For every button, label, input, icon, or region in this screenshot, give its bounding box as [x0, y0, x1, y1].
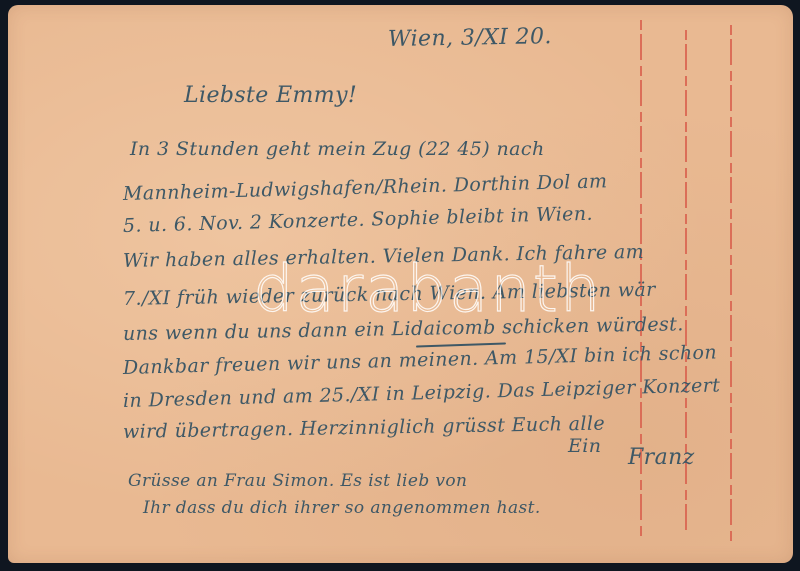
date-line: Wien, 3/XI 20.	[388, 24, 552, 52]
postscript-line: Ihr dass du dich ihrer so angenommen has…	[143, 498, 541, 518]
body-line: In 3 Stunden geht mein Zug (22 45) nach	[130, 138, 545, 160]
address-rule-line	[730, 25, 732, 545]
closing: Ein	[568, 435, 601, 457]
body-line: Wir haben alles erhalten. Vielen Dank. I…	[123, 241, 644, 272]
body-line: Mannheim-Ludwigshafen/Rhein. Dorthin Dol…	[123, 170, 608, 205]
body-line: in Dresden und am 25./XI in Leipzig. Das…	[123, 374, 721, 412]
body-line: uns wenn du uns dann ein Lidaicomb schic…	[123, 313, 684, 345]
salutation: Liebste Emmy!	[184, 83, 357, 108]
signature: Franz	[628, 445, 695, 470]
postcard: Wien, 3/XI 20. Liebste Emmy! In 3 Stunde…	[8, 5, 793, 563]
body-line: 7./XI früh wieder zurück nach Wien. Am l…	[123, 279, 656, 310]
postscript-line: Grüsse an Frau Simon. Es ist lieb von	[128, 471, 467, 491]
body-line: 5. u. 6. Nov. 2 Konzerte. Sophie bleibt …	[123, 203, 593, 237]
body-line: wird übertragen. Herzinniglich grüsst Eu…	[123, 413, 605, 443]
